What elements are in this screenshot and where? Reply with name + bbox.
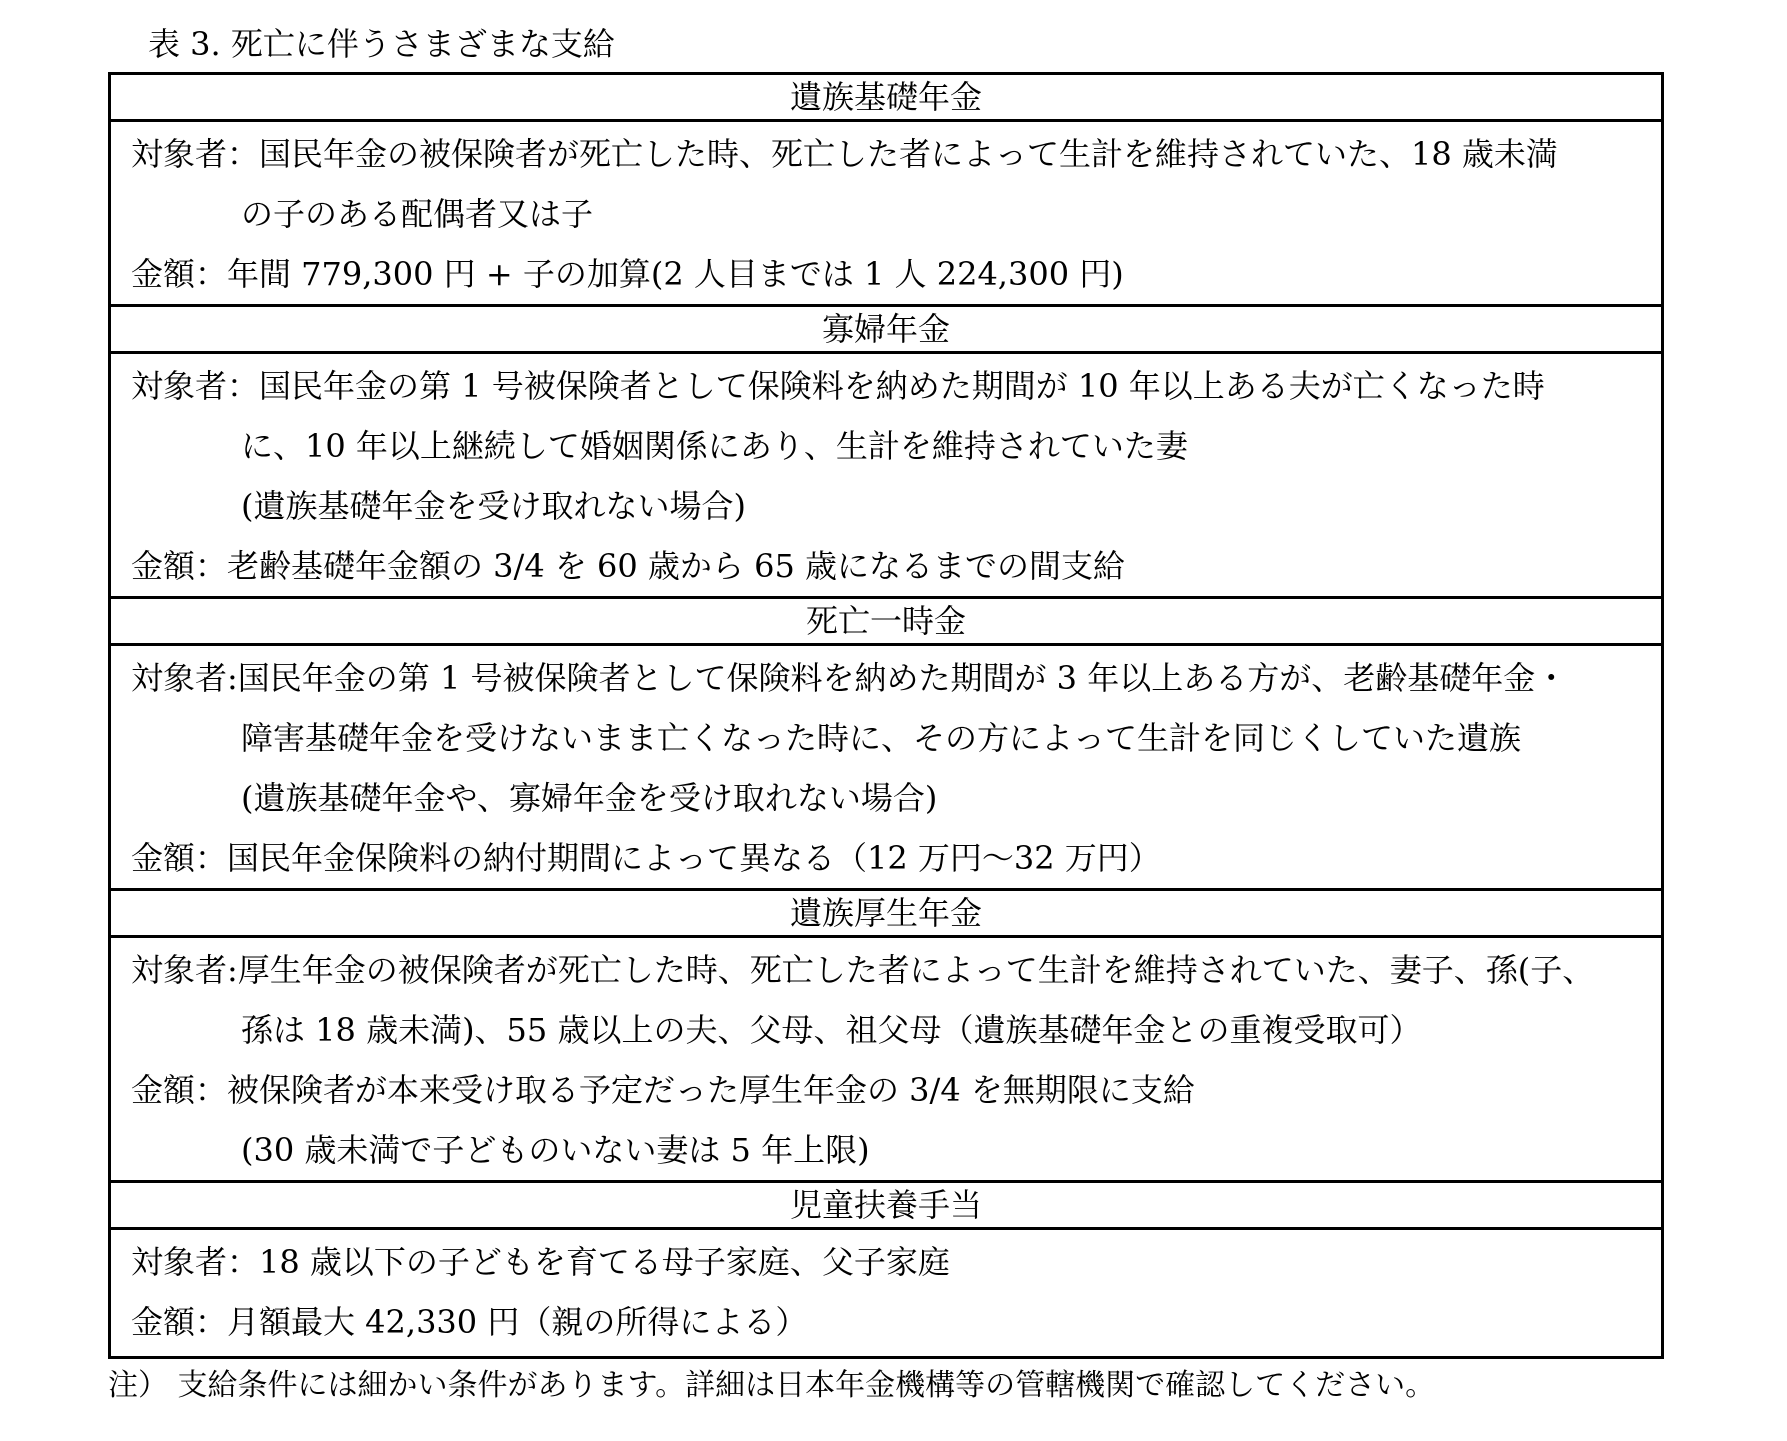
section-1-line-3: 金額：年間 779,300 円 + 子の加算(2 人目までは 1 人 224,3… xyxy=(111,244,1661,304)
section-5-line-1: 対象者：18 歳以下の子どもを育てる母子家庭、父子家庭 xyxy=(111,1232,1661,1292)
section-4-line-4: (30 歳未満で子どものいない妻は 5 年上限) xyxy=(111,1120,1661,1180)
section-4-body: 対象者:厚生年金の被保険者が死亡した時、死亡した者によって生計を維持されていた、… xyxy=(111,935,1661,1180)
section-2-line-4: 金額：老齢基礎年金額の 3/4 を 60 歳から 65 歳になるまでの間支給 xyxy=(111,536,1661,596)
section-1-body: 対象者：国民年金の被保険者が死亡した時、死亡した者によって生計を維持されていた、… xyxy=(111,119,1661,304)
section-2-line-3: (遺族基礎年金を受け取れない場合) xyxy=(111,476,1661,536)
section-1-line-2: の子のある配偶者又は子 xyxy=(111,184,1661,244)
section-3-line-4: 金額：国民年金保険料の納付期間によって異なる（12 万円～32 万円） xyxy=(111,828,1661,888)
section-2-header: 寡婦年金 xyxy=(111,304,1661,351)
death-benefits-table: 遺族基礎年金 対象者：国民年金の被保険者が死亡した時、死亡した者によって生計を維… xyxy=(108,72,1664,1359)
section-3-header: 死亡一時金 xyxy=(111,596,1661,643)
section-3-line-2: 障害基礎年金を受けないまま亡くなった時に、その方によって生計を同じくしていた遺族 xyxy=(111,708,1661,768)
section-1-header: 遺族基礎年金 xyxy=(111,75,1661,119)
section-3-body: 対象者:国民年金の第 1 号被保険者として保険料を納めた期間が 3 年以上ある方… xyxy=(111,643,1661,888)
section-4-header: 遺族厚生年金 xyxy=(111,888,1661,935)
section-1-line-1: 対象者：国民年金の被保険者が死亡した時、死亡した者によって生計を維持されていた、… xyxy=(111,124,1661,184)
table-caption: 表 3. 死亡に伴うさまざまな支給 xyxy=(148,26,1787,62)
section-4-line-3: 金額：被保険者が本来受け取る予定だった厚生年金の 3/4 を無期限に支給 xyxy=(111,1060,1661,1120)
section-3-line-3: (遺族基礎年金や、寡婦年金を受け取れない場合) xyxy=(111,768,1661,828)
section-4-line-2: 孫は 18 歳未満)、55 歳以上の夫、父母、祖父母（遺族基礎年金との重複受取可… xyxy=(111,1000,1661,1060)
section-5-line-2: 金額：月額最大 42,330 円（親の所得による） xyxy=(111,1292,1661,1352)
section-2-body: 対象者：国民年金の第 1 号被保険者として保険料を納めた期間が 10 年以上ある… xyxy=(111,351,1661,596)
section-2-line-2: に、10 年以上継続して婚姻関係にあり、生計を維持されていた妻 xyxy=(111,416,1661,476)
section-2-line-1: 対象者：国民年金の第 1 号被保険者として保険料を納めた期間が 10 年以上ある… xyxy=(111,356,1661,416)
document-page: 表 3. 死亡に伴うさまざまな支給 遺族基礎年金 対象者：国民年金の被保険者が死… xyxy=(0,0,1787,1441)
footnote: 注） 支給条件には細かい条件があります。詳細は日本年金機構等の管轄機関で確認して… xyxy=(108,1367,1787,1405)
section-3-line-1: 対象者:国民年金の第 1 号被保険者として保険料を納めた期間が 3 年以上ある方… xyxy=(111,648,1661,708)
section-4-line-1: 対象者:厚生年金の被保険者が死亡した時、死亡した者によって生計を維持されていた、… xyxy=(111,940,1661,1000)
section-5-header: 児童扶養手当 xyxy=(111,1180,1661,1227)
section-5-body: 対象者：18 歳以下の子どもを育てる母子家庭、父子家庭 金額：月額最大 42,3… xyxy=(111,1227,1661,1356)
